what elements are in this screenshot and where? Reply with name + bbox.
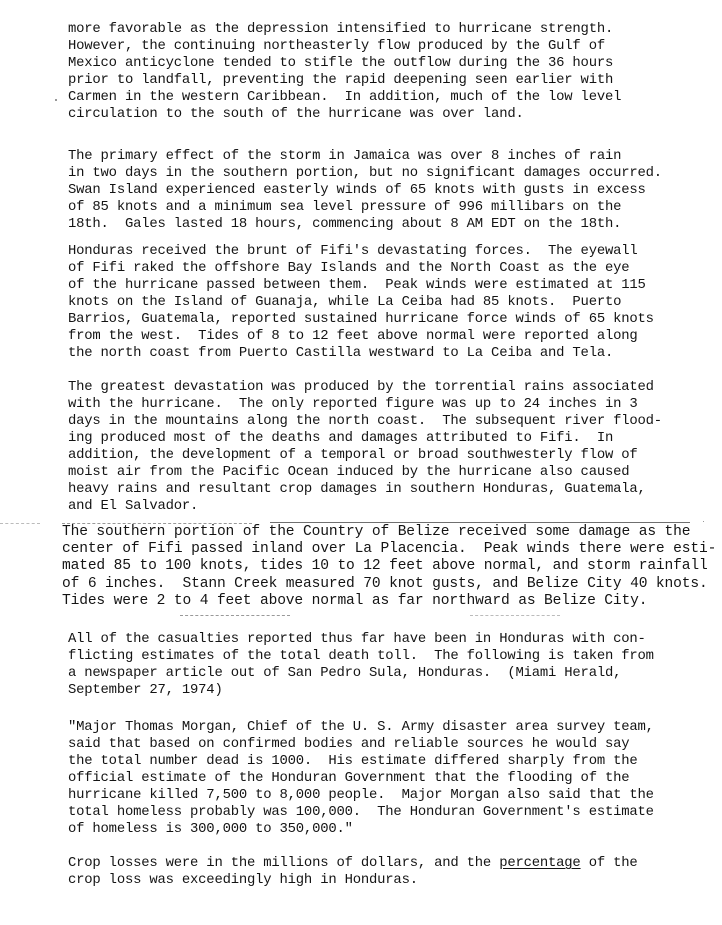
paragraph-honduras-winds: Honduras received the brunt of Fifi's de… xyxy=(68,243,654,362)
text-line: and El Salvador. xyxy=(68,498,662,515)
text-line: September 27, 1974) xyxy=(68,682,654,699)
text-line: Barrios, Guatemala, reported sustained h… xyxy=(68,311,654,328)
text-line: Crop losses were in the millions of doll… xyxy=(68,855,638,872)
text-line: prior to landfall, preventing the rapid … xyxy=(68,72,621,89)
text-line: Swan Island experienced easterly winds o… xyxy=(68,182,662,199)
text-line: official estimate of the Honduran Govern… xyxy=(68,770,654,787)
text-line: crop loss was exceedingly high in Hondur… xyxy=(68,872,638,889)
text-line: hurricane killed 7,500 to 8,000 people. … xyxy=(68,787,654,804)
text-line: ing produced most of the deaths and dama… xyxy=(68,430,662,447)
scan-speck xyxy=(55,99,57,101)
text-line: knots on the Island of Guanaja, while La… xyxy=(68,294,654,311)
text-line: days in the mountains along the north co… xyxy=(68,413,662,430)
paragraph-belize: The southern portion of the Country of B… xyxy=(62,524,716,610)
text-line: The primary effect of the storm in Jamai… xyxy=(68,148,662,165)
text-segment: of the xyxy=(581,855,638,871)
document-page: more favorable as the depression intensi… xyxy=(0,0,722,925)
text-line: mated 85 to 100 knots, tides 10 to 12 fe… xyxy=(62,558,716,575)
text-line: said that based on confirmed bodies and … xyxy=(68,736,654,753)
text-line: center of Fifi passed inland over La Pla… xyxy=(62,541,716,558)
text-line: heavy rains and resultant crop damages i… xyxy=(68,481,662,498)
text-line: more favorable as the depression intensi… xyxy=(68,21,621,38)
scan-noise-line xyxy=(0,523,40,525)
scan-noise-line xyxy=(180,615,290,617)
text-line: flicting estimates of the total death to… xyxy=(68,648,654,665)
paragraph-rainfall: The greatest devastation was produced by… xyxy=(68,379,662,515)
text-segment: Crop losses were in the millions of doll… xyxy=(68,855,499,871)
text-line: addition, the development of a temporal … xyxy=(68,447,662,464)
paragraph-morgan-quote: "Major Thomas Morgan, Chief of the U. S.… xyxy=(68,719,654,838)
text-line: with the hurricane. The only reported fi… xyxy=(68,396,662,413)
text-line: The greatest devastation was produced by… xyxy=(68,379,662,396)
text-line: moist air from the Pacific Ocean induced… xyxy=(68,464,662,481)
scan-speck xyxy=(703,521,704,522)
text-line: Carmen in the western Caribbean. In addi… xyxy=(68,89,621,106)
text-line: from the west. Tides of 8 to 12 feet abo… xyxy=(68,328,654,345)
paragraph-jamaica: The primary effect of the storm in Jamai… xyxy=(68,148,662,233)
text-line: "Major Thomas Morgan, Chief of the U. S.… xyxy=(68,719,654,736)
scan-noise-line xyxy=(470,615,560,617)
underlined-word: percentage xyxy=(499,855,580,871)
text-line: a newspaper article out of San Pedro Sul… xyxy=(68,665,654,682)
text-line: of the hurricane passed between them. Pe… xyxy=(68,277,654,294)
text-line: Honduras received the brunt of Fifi's de… xyxy=(68,243,654,260)
text-line: of Fifi raked the offshore Bay Islands a… xyxy=(68,260,654,277)
text-line: circulation to the south of the hurrican… xyxy=(68,106,621,123)
text-line: The southern portion of the Country of B… xyxy=(62,524,716,541)
text-line: However, the continuing northeasterly fl… xyxy=(68,38,621,55)
text-line: of 6 inches. Stann Creek measured 70 kno… xyxy=(62,576,716,593)
paragraph-casualties: All of the casualties reported thus far … xyxy=(68,631,654,699)
paragraph-crop-losses: Crop losses were in the millions of doll… xyxy=(68,855,638,889)
text-line: All of the casualties reported thus far … xyxy=(68,631,654,648)
text-line: Mexico anticyclone tended to stifle the … xyxy=(68,55,621,72)
text-line: the north coast from Puerto Castilla wes… xyxy=(68,345,654,362)
text-line: of homeless is 300,000 to 350,000." xyxy=(68,821,654,838)
paragraph-intensification: more favorable as the depression intensi… xyxy=(68,21,621,123)
text-line: the total number dead is 1000. His estim… xyxy=(68,753,654,770)
text-line: total homeless probably was 100,000. The… xyxy=(68,804,654,821)
text-line: in two days in the southern portion, but… xyxy=(68,165,662,182)
text-line: Tides were 2 to 4 feet above normal as f… xyxy=(62,593,716,610)
text-line: of 85 knots and a minimum sea level pres… xyxy=(68,199,662,216)
text-line: 18th. Gales lasted 18 hours, commencing … xyxy=(68,216,662,233)
